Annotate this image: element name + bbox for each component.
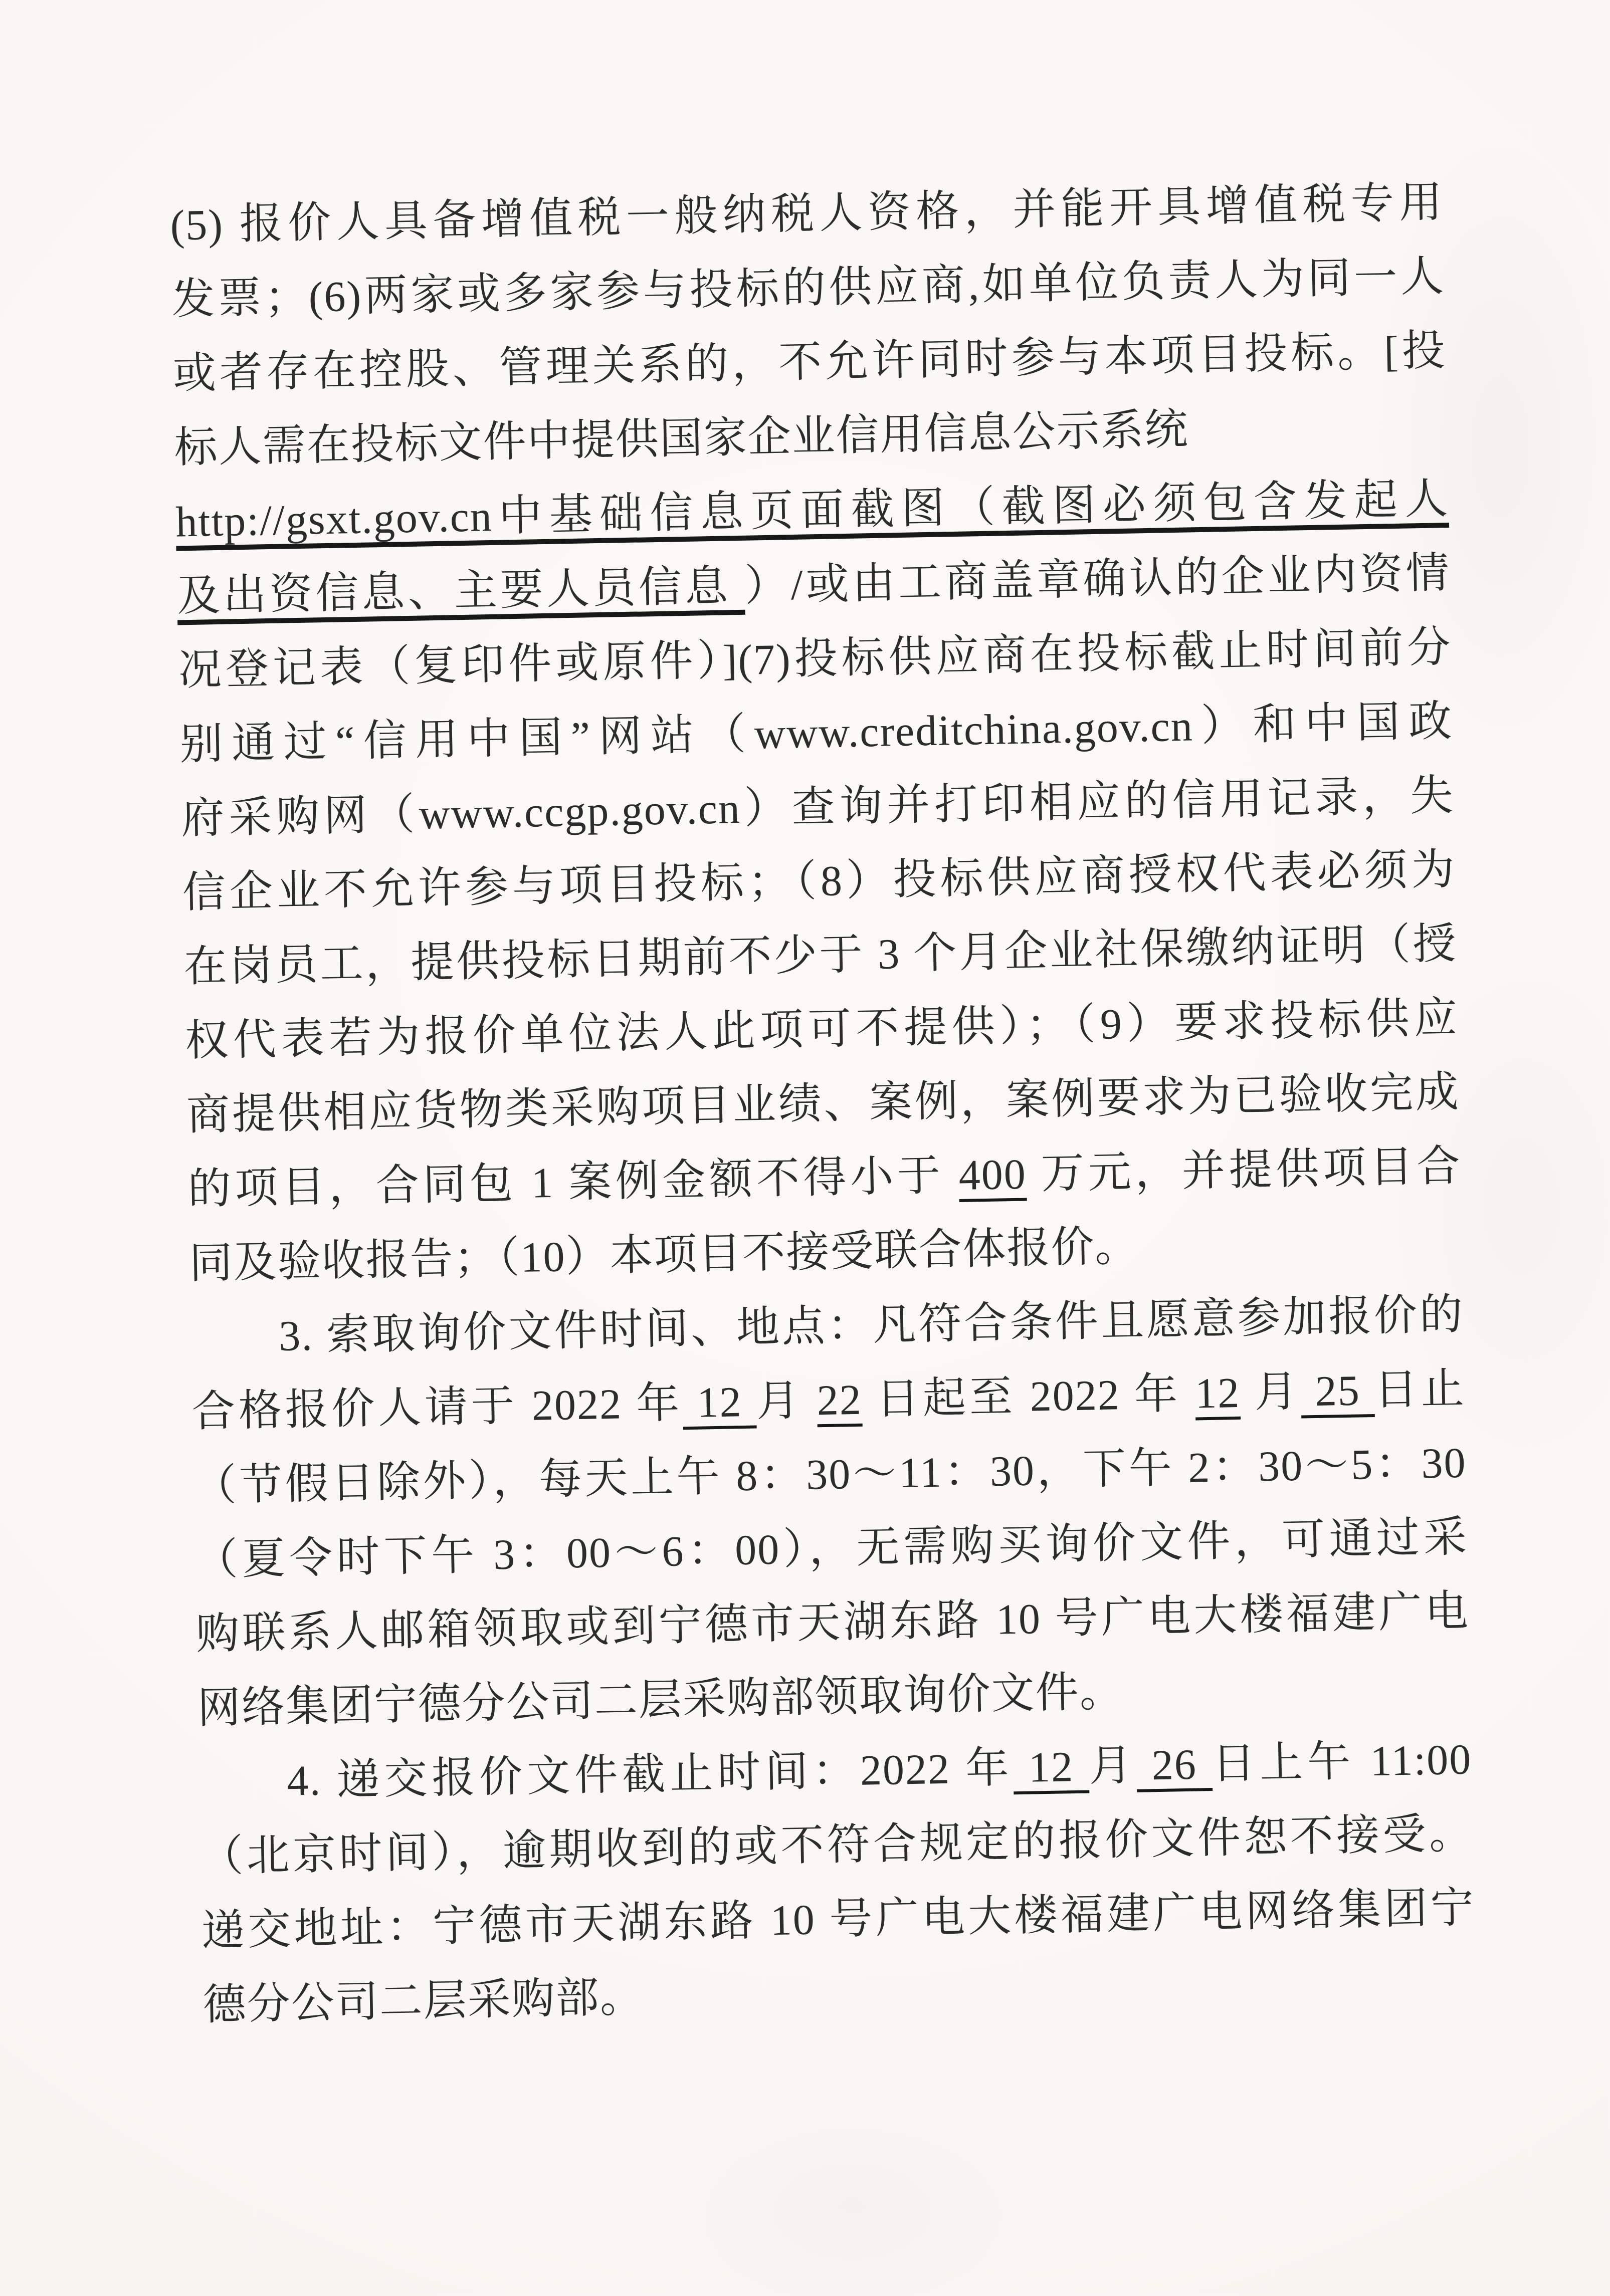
text-run: 月: [1240, 1367, 1301, 1417]
text-run: 在岗员工，提供投标日期前不少于 3 个月企业社保缴纳证明（授: [183, 920, 1457, 991]
text-run: 日上午 11:00: [1212, 1735, 1472, 1788]
text-run: 的项目，合同包 1 案例金额不得小于: [187, 1151, 959, 1213]
text-run: 况登记表（复印件或原件）](7)投标供应商在投标截止时间前分: [178, 623, 1452, 695]
text-run: 标人需在投标文件中提供国家企业信用信息公示系统: [174, 405, 1189, 472]
text-run: 日止: [1374, 1364, 1466, 1414]
underlined-text: 12: [682, 1377, 756, 1427]
text-run: 3. 索取询价文件时间、地点：凡符合条件且愿意参加报价的: [278, 1290, 1464, 1360]
text-run: 购联系人邮箱领取或到宁德市天湖东路 10 号广电大楼福建广电: [195, 1587, 1469, 1659]
text-run: 别通过“信用中国”网站（www.creditchina.gov.cn）和中国政: [179, 697, 1453, 769]
text-run: (5) 报价人具备增值税一般纳税人资格，并能开具增值税专用: [170, 178, 1444, 250]
text-run: （夏令时下午 3：00～6：00），无需购买询价文件，可通过采: [194, 1513, 1468, 1584]
text-run: 万元，并提供项目合: [1026, 1142, 1461, 1198]
paper-sheet: (5) 报价人具备增值税一般纳税人资格，并能开具增值税专用发票；(6)两家或多家…: [0, 0, 1610, 2296]
text-run: （节假日除外），每天上午 8：30～11：30，下午 2：30～5：30: [193, 1439, 1467, 1510]
text-run: 权代表若为报价单位法人此项可不提供）；（9）要求投标供应: [185, 994, 1459, 1065]
underlined-text: 400: [958, 1150, 1027, 1199]
text-run: 月: [756, 1376, 818, 1425]
text-run: 同及验收报告；（10）本项目不接受联合体报价。: [189, 1222, 1139, 1288]
text-run: 合格报价人请于 2022 年: [191, 1379, 683, 1436]
underlined-text: http://gsxt.gov.cn中基础信息页面截图（截图必须包含发起人: [175, 475, 1449, 546]
underlined-text: 12: [1013, 1742, 1090, 1792]
underlined-text: 25: [1300, 1366, 1374, 1416]
text-run: 信企业不允许参与项目投标；（8）投标供应商授权代表必须为: [182, 845, 1456, 917]
text-run: 网络集团宁德分公司二层采购部领取询价文件。: [197, 1667, 1124, 1732]
text-run: ）/或由工商盖章确认的企业内资情: [744, 549, 1451, 610]
text-run: （北京时间），逾期收到的或不符合规定的报价文件恕不接受。: [199, 1809, 1473, 1881]
text-run: 府采购网（www.ccgp.gov.cn）查询并打印相应的信用记录，失: [180, 771, 1454, 843]
text-run: 商提供相应货物类采购项目业绩、案例，案例要求为已验收完成: [186, 1068, 1460, 1139]
underlined-text: 26: [1136, 1740, 1213, 1789]
document-text: (5) 报价人具备增值税一般纳税人资格，并能开具增值税专用发票；(6)两家或多家…: [169, 165, 1476, 2042]
text-run: 发票；(6)两家或多家参与投标的供应商,如单位负责人为同一人: [171, 252, 1445, 324]
text-run: 月: [1088, 1741, 1137, 1790]
text-run: 日起至 2022 年: [862, 1369, 1195, 1424]
text-run: 递交地址：宁德市天湖东路 10 号广电大楼福建广电网络集团宁: [201, 1883, 1475, 1955]
text-run: 4. 递交报价文件截止时间：2022 年: [287, 1743, 1014, 1805]
underlined-text: 22: [817, 1375, 863, 1425]
underlined-text: 及出资信息、主要人员信息: [176, 562, 745, 620]
text-run: 或者存在控股、管理关系的，不允许同时参与本项目投标。[投: [172, 326, 1446, 398]
text-run: 德分公司二层采购部。: [203, 1973, 645, 2029]
scanned-document: { "page": { "kind": "scanned-procurement…: [0, 0, 1610, 2296]
underlined-text: 12: [1194, 1368, 1241, 1418]
